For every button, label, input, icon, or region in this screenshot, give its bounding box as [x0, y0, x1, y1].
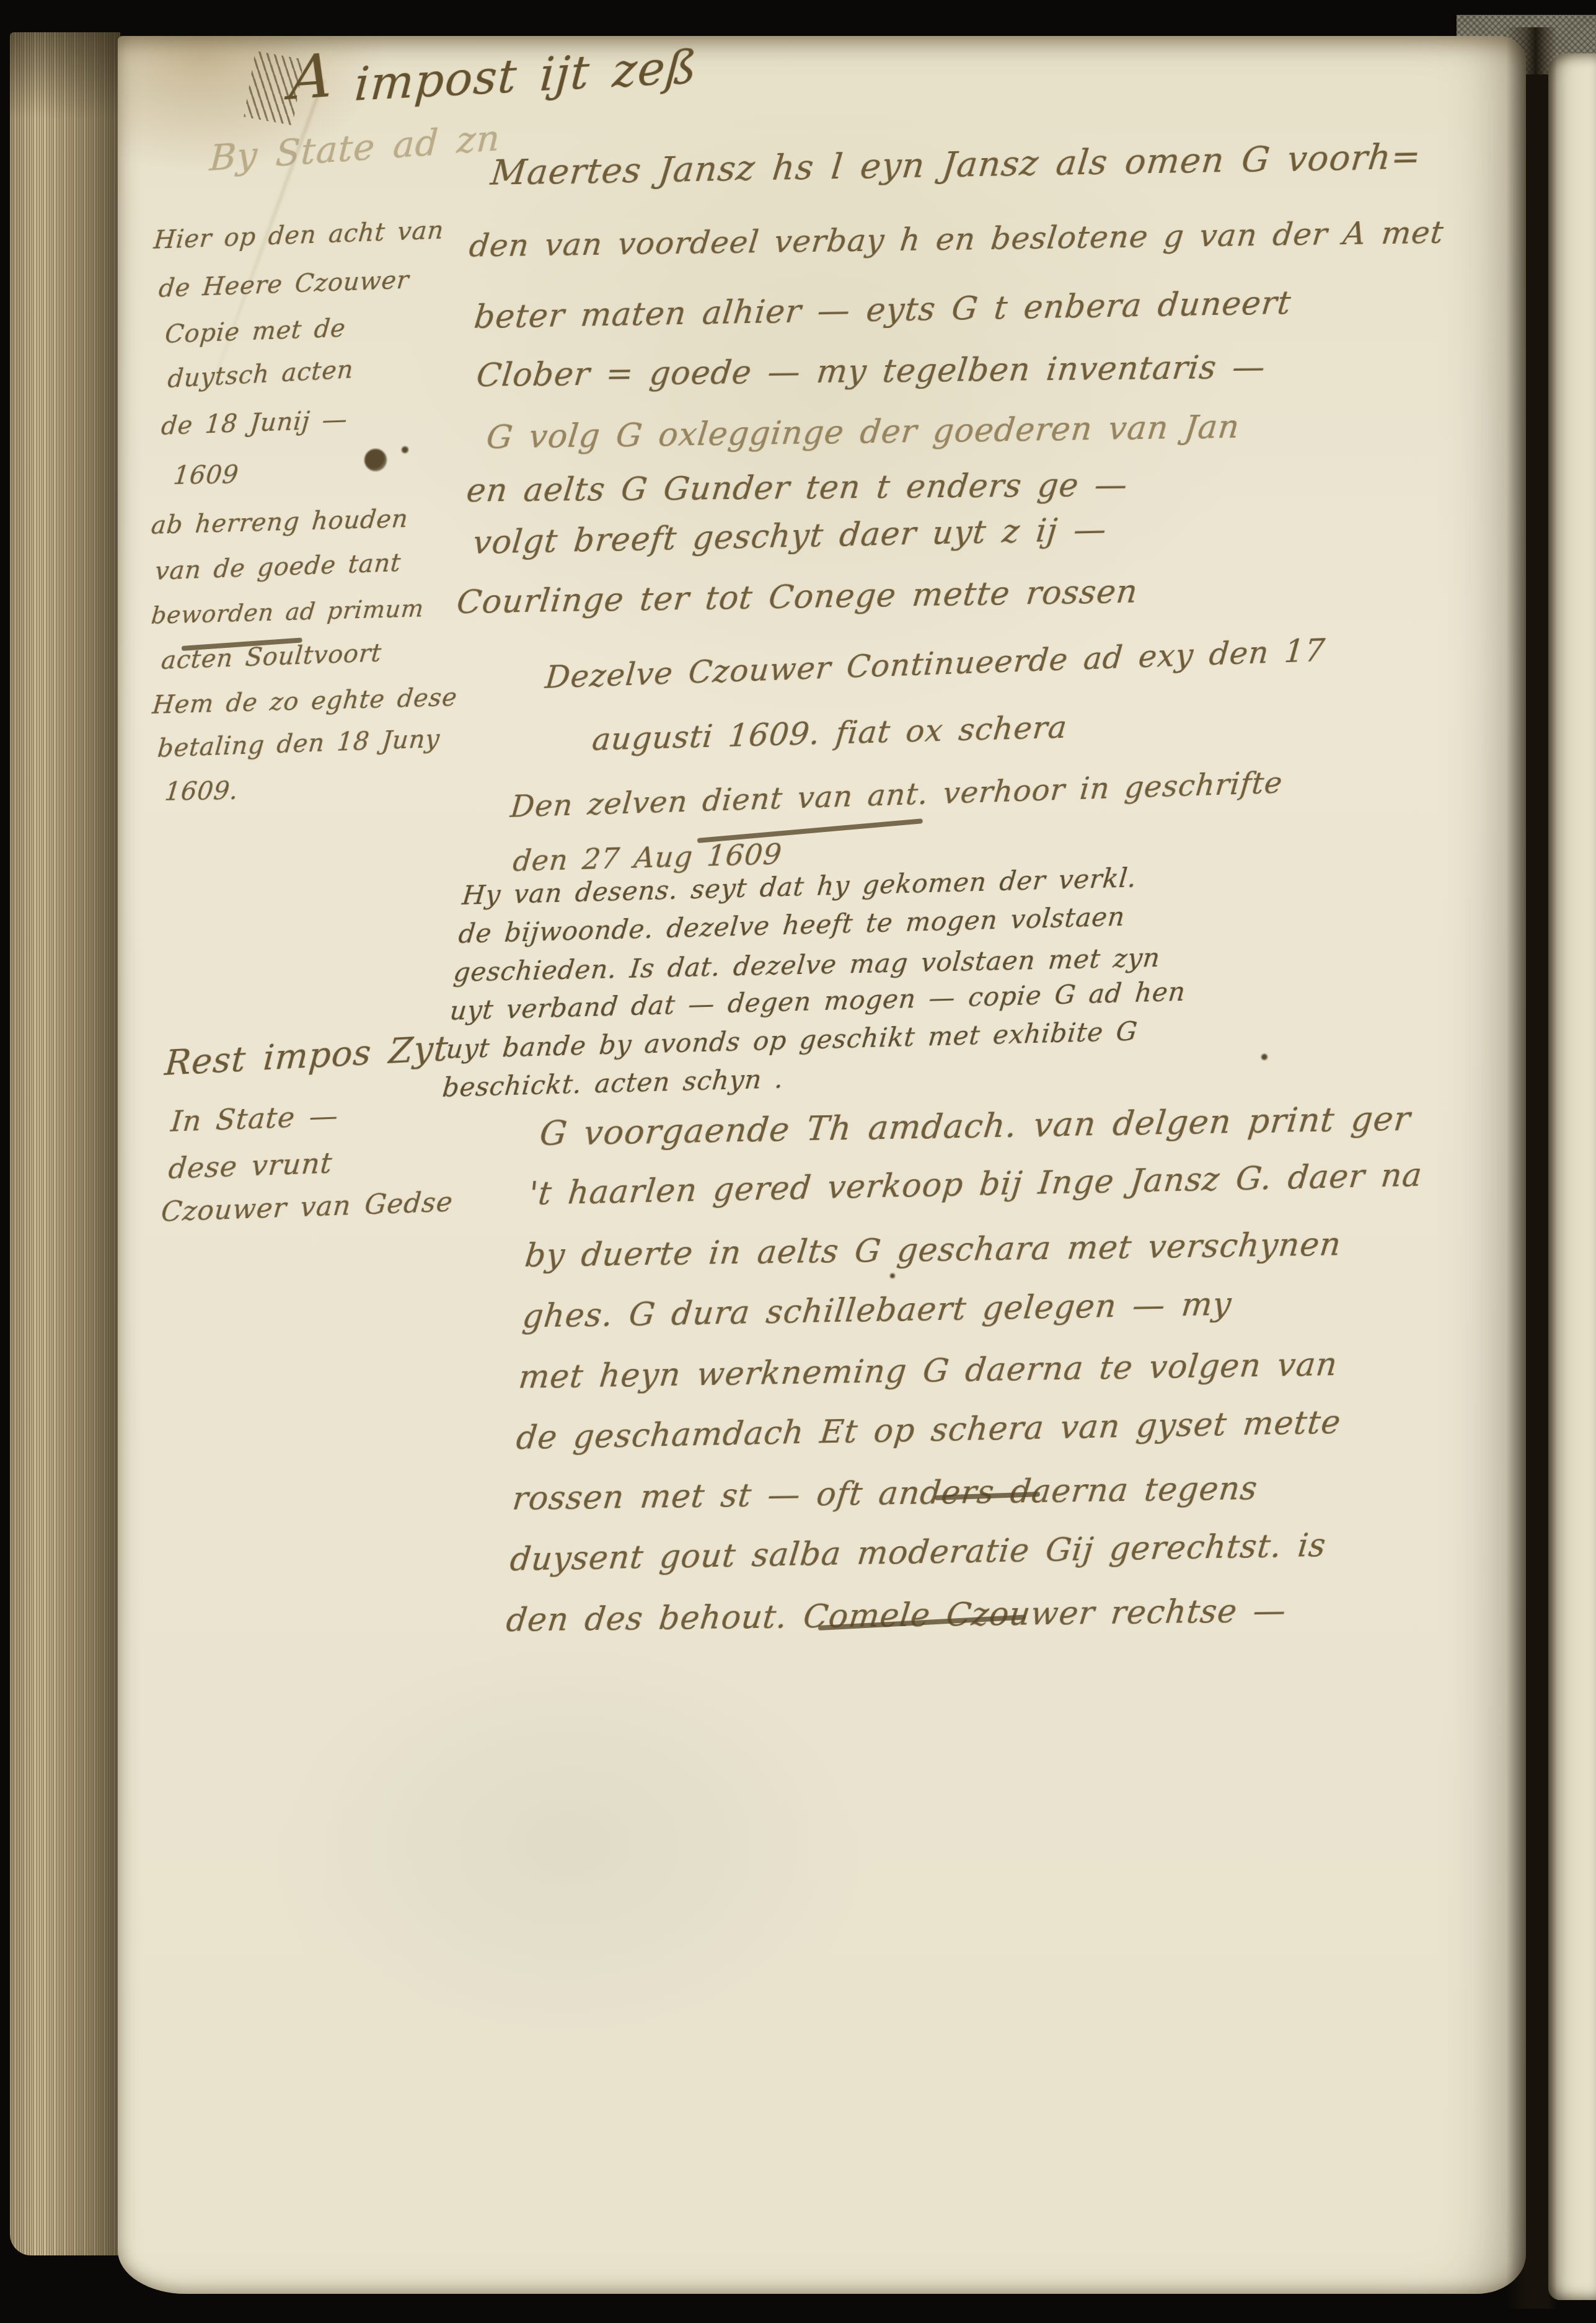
handwriting-line: rossen met st — oft anders daerna tegens — [511, 1472, 1259, 1515]
handwriting-line: duysent gout salba moderatie Gij gerecht… — [509, 1529, 1328, 1576]
handwriting-line: ghes. G dura schillebaert gelegen — my — [521, 1288, 1233, 1333]
margin-note: By State ad zn — [209, 120, 501, 176]
ink-layer: Aimpost ijt zeßBy State ad znHier op den… — [0, 0, 1596, 2323]
margin-note: Hier op den acht van — [152, 218, 444, 253]
handwriting-line: beter maten alhier — eyts G t enbera dun… — [473, 287, 1293, 334]
hatching-mark — [244, 51, 304, 125]
margin-note: ab herreng houden — [150, 507, 409, 538]
margin-note: 1609. — [164, 779, 240, 805]
handwriting-line: de geschamdach Et op schera van gyset me… — [515, 1406, 1342, 1454]
margin-note: In State — — [170, 1102, 340, 1136]
margin-note: Czouwer van Gedse — [160, 1189, 454, 1227]
handwriting-line: den 27 Aug 1609 — [512, 840, 783, 875]
margin-note: betaling den 18 Juny — [156, 727, 441, 761]
handwriting-line: G volg G oxlegginge der goederen van Jan — [485, 411, 1241, 454]
ink-blot — [1261, 1054, 1268, 1060]
margin-note: Copie met de — [164, 316, 346, 347]
margin-note: dese vrunt — [167, 1149, 333, 1183]
handwriting-line: beschickt. acten schyn . — [441, 1066, 785, 1102]
ink-blot — [364, 449, 387, 471]
margin-note: Hem de zo eghte dese — [151, 685, 458, 718]
handwriting-line: G voorgaende Th amdach. van delgen print… — [538, 1102, 1412, 1151]
handwriting-line: den van voordeel verbay h en beslotene g… — [468, 217, 1445, 262]
handwriting-line: Courlinge ter tot Conege mette rossen — [455, 576, 1139, 619]
handwriting-line: de bijwoonde. dezelve heeft te mogen vol… — [457, 904, 1126, 947]
handwriting-line: en aelts G Gunder ten t enders ge — — [465, 469, 1129, 507]
margin-note: beworden ad primum — [150, 596, 425, 627]
handwriting-line: Maertes Jansz hs l eyn Jansz als omen G … — [489, 140, 1423, 191]
handwriting-line: Clober = goede — my tegelben inventaris … — [475, 352, 1267, 392]
margin-note: Rest impos Zyt — [164, 1032, 449, 1081]
handwriting-line: met heyn werkneming G daerna te volgen v… — [517, 1348, 1339, 1394]
book-scan-scene: Aimpost ijt zeßBy State ad znHier op den… — [0, 0, 1596, 2323]
margin-note: 1609 — [172, 462, 240, 489]
handwriting-line: augusti 1609. fiat ox schera — [591, 712, 1069, 755]
ink-blot — [402, 446, 408, 453]
margin-note: de 18 Junij — — [160, 408, 348, 440]
strikethrough-mark — [697, 818, 923, 843]
handwriting-line: uyt bande by avonds op geschikt met exhi… — [445, 1019, 1139, 1063]
handwriting-line: Den zelven dient van ant. verhoor in ges… — [509, 768, 1284, 822]
margin-note: van de goede tant — [154, 551, 402, 584]
handwriting-line: by duerte in aelts G geschara met versch… — [523, 1229, 1342, 1272]
handwriting-line: Dezelve Czouwer Continueerde ad exy den … — [544, 635, 1327, 693]
handwriting-line: volgt breeft geschyt daer uyt z ij — — [472, 514, 1108, 560]
page-heading: impost ijt zeß — [353, 44, 699, 108]
handwriting-line: den des behout. Comele Czouwer rechtse — — [505, 1595, 1288, 1637]
handwriting-line: 't haarlen gered verkoop bij Inge Jansz … — [527, 1159, 1424, 1210]
ink-blot — [890, 1273, 895, 1278]
margin-note: de Heere Czouwer — [157, 268, 410, 301]
margin-note: duytsch acten — [167, 357, 354, 392]
